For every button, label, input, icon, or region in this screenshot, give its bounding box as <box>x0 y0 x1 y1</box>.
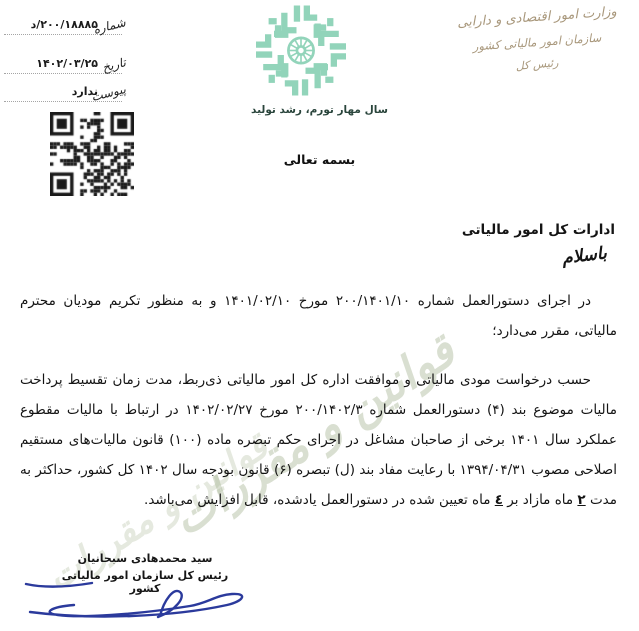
role-title: رئیس کل <box>443 50 631 79</box>
paragraph-2-text-c: ماه تعیین شده در دستورالعمل یادشده، قابل… <box>144 492 495 508</box>
letter-page: قوانین و مقررات قوانین و مقررات د/۲۰۰/۱۸… <box>0 0 639 631</box>
letter-date-row: ۱۴۰۲/۰۳/۲۵ تاریخ <box>4 43 122 74</box>
letter-number-value: د/۲۰۰/۱۸۸۸۵ <box>31 18 98 31</box>
tax-administration-emblem-icon <box>256 2 346 99</box>
months-2-value: ۲ <box>577 492 585 508</box>
handwritten-signature <box>22 570 257 622</box>
letter-attachment-row: ندارد پیوست <box>4 79 122 102</box>
paragraph-2-text-a: حسب درخواست مودی مالیاتی و موافقت اداره … <box>20 372 617 508</box>
letter-number-row: د/۲۰۰/۱۸۸۸۵ شماره <box>4 8 122 35</box>
paragraph-1: در اجرای دستورالعمل شماره ۲۰۰/۱۴۰۱/۱۰ مو… <box>20 286 617 346</box>
recipient-heading: ادارات کل امور مالیاتی <box>462 222 615 238</box>
ministry-name: وزارت امور اقتصادی و دارایی <box>443 3 632 31</box>
letter-date-value: ۱۴۰۲/۰۳/۲۵ <box>36 57 98 70</box>
paragraph-2-text-b: ماه مازاد بر <box>503 492 577 508</box>
months-4-value: ٤ <box>495 492 503 508</box>
letterhead-fields: د/۲۰۰/۱۸۸۸۵ شماره ۱۴۰۲/۰۳/۲۵ تاریخ ندارد… <box>4 6 132 102</box>
salutation: باسلام <box>561 243 608 268</box>
letter-body: در اجرای دستورالعمل شماره ۲۰۰/۱۴۰۱/۱۰ مو… <box>20 286 617 534</box>
letter-date-label: تاریخ <box>101 55 128 74</box>
ministry-header: وزارت امور اقتصادی و دارایی سازمان امور … <box>443 10 631 71</box>
signer-name: سید محمدهادی سبحانیان <box>52 552 238 565</box>
paragraph-2: حسب درخواست مودی مالیاتی و موافقت اداره … <box>20 365 617 515</box>
bismillah: بسمه تعالی <box>0 152 639 167</box>
